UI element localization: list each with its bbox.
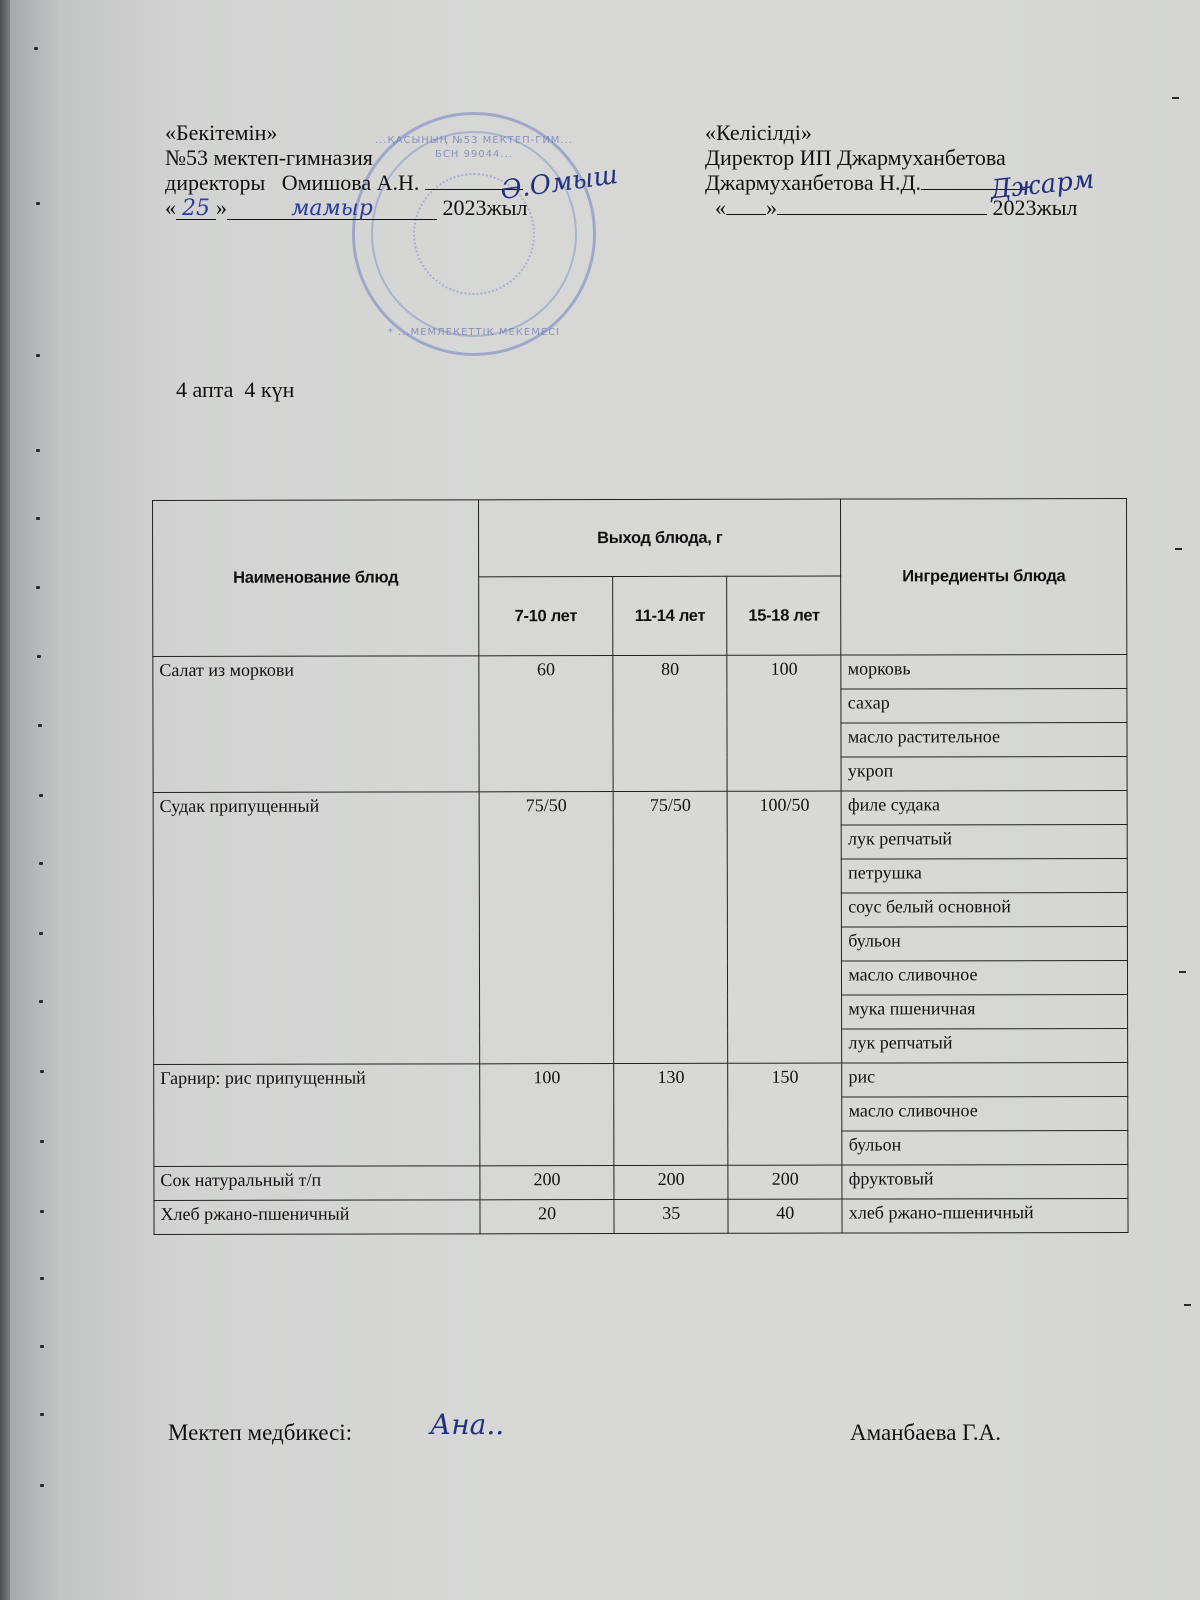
yield-cell: 150 (728, 1063, 842, 1165)
ingredient-cell: соус белый основной (842, 892, 1128, 927)
margin-dot (39, 794, 43, 797)
yield-cell: 20 (480, 1200, 614, 1234)
ingredient-cell: хлеб ржано-пшеничный (842, 1198, 1128, 1233)
margin-dot (36, 449, 40, 452)
yield-cell: 60 (479, 656, 614, 792)
margin-dot (39, 932, 43, 935)
margin-dot (40, 1413, 44, 1416)
agreement-person-name: Джармуханбетова Н.Д. (705, 170, 921, 195)
header-age-15-18: 15-18 лет (727, 576, 841, 655)
header-age-11-14: 11-14 лет (613, 576, 727, 655)
margin-dot (40, 1070, 44, 1073)
agreement-date-month (777, 214, 987, 215)
margin-dot (39, 862, 43, 865)
dish-name-cell: Судак припущенный (153, 792, 480, 1065)
margin-mark (1184, 1304, 1191, 1306)
margin-dot (34, 47, 38, 50)
yield-cell: 200 (480, 1166, 614, 1200)
approval-block: «Бекітемін» №53 мектеп-гимназия директор… (165, 120, 527, 220)
margin-dot (36, 586, 40, 589)
margin-mark (1179, 971, 1186, 973)
header-age-7-10: 7-10 лет (479, 577, 613, 656)
ingredient-cell: морковь (841, 654, 1127, 689)
table-row: Сок натуральный т/п200200200фруктовый (154, 1164, 1128, 1200)
nurse-label: Мектеп медбикесі: (168, 1420, 352, 1446)
yield-cell: 80 (613, 655, 727, 791)
ingredient-cell: укроп (841, 756, 1127, 791)
yield-cell: 75/50 (613, 791, 728, 1063)
menu-table: Наименование блюд Выход блюда, г Ингреди… (152, 498, 1129, 1235)
stamp-bottom-text: * ...МЕМЛЕКЕТТІК МЕКЕМЕСІ (355, 327, 593, 338)
table-row: Судак припущенный75/5075/50100/50филе су… (153, 790, 1127, 826)
menu-table-body: Салат из моркови6080100морковьсахармасло… (153, 654, 1128, 1234)
header-dish-name: Наименование блюд (153, 500, 479, 657)
ingredient-cell: мука пшеничная (842, 994, 1128, 1029)
margin-dot (40, 1140, 44, 1143)
margin-dot (36, 202, 40, 205)
week-day-label: 4 апта 4 күн (176, 377, 294, 403)
margin-dot (38, 724, 42, 727)
table-row: Хлеб ржано-пшеничный203540хлеб ржано-пше… (154, 1198, 1128, 1234)
header-yield: Выход блюда, г (479, 499, 841, 577)
nurse-signature: Ана.. (430, 1408, 504, 1441)
margin-dot (40, 1345, 44, 1348)
agreement-block: «Келісілді» Директор ИП Джармуханбетова … (705, 120, 1077, 220)
ingredient-cell: филе судака (841, 790, 1127, 825)
yield-cell: 100 (727, 655, 841, 791)
approval-date-month: мамыр (227, 199, 437, 220)
ingredient-cell: масло растительное (841, 722, 1127, 757)
ingredient-cell: масло сливочное (842, 960, 1128, 995)
approval-director: директоры Омишова А.Н. (165, 170, 527, 195)
margin-dot (36, 354, 40, 357)
yield-cell: 40 (728, 1199, 842, 1233)
page-edge-shadow (0, 0, 10, 1600)
ingredient-cell: масло сливочное (842, 1096, 1128, 1131)
dish-name-cell: Хлеб ржано-пшеничный (154, 1200, 480, 1235)
agreement-date-day (726, 214, 766, 215)
margin-mark (1175, 548, 1182, 550)
ingredient-cell: бульон (842, 1130, 1128, 1165)
yield-cell: 35 (614, 1199, 728, 1233)
margin-mark (1172, 97, 1179, 99)
dish-name-cell: Салат из моркови (153, 656, 479, 793)
table-row: Гарнир: рис припущенный100130150рис (154, 1062, 1128, 1098)
dish-name-cell: Сок натуральный т/п (154, 1166, 480, 1201)
ingredient-cell: сахар (841, 688, 1127, 723)
margin-dot (39, 1000, 43, 1003)
margin-dot (37, 655, 41, 658)
yield-cell: 100/50 (727, 791, 842, 1063)
approval-date: «25»мамыр 2023жыл (165, 195, 527, 220)
header-ingredients: Ингредиенты блюда (841, 498, 1127, 655)
yield-cell: 100 (480, 1064, 614, 1166)
ingredient-cell: лук репчатый (842, 1028, 1128, 1063)
approval-director-name: директоры Омишова А.Н. (165, 170, 419, 195)
nurse-name: Аманбаева Г.А. (850, 1420, 1001, 1446)
margin-dot (40, 1277, 44, 1280)
yield-cell: 200 (614, 1165, 728, 1199)
ingredient-cell: лук репчатый (842, 824, 1128, 859)
agreement-title: «Келісілді» (705, 120, 1077, 145)
approval-school: №53 мектеп-гимназия (165, 145, 527, 170)
yield-cell: 200 (728, 1165, 842, 1199)
table-row: Салат из моркови6080100морковь (153, 654, 1127, 690)
margin-dot (36, 517, 40, 520)
margin-dot (40, 1210, 44, 1213)
approval-date-day: 25 (176, 199, 216, 220)
yield-cell: 75/50 (479, 792, 614, 1064)
yield-cell: 130 (614, 1063, 728, 1165)
ingredient-cell: петрушка (842, 858, 1128, 893)
dish-name-cell: Гарнир: рис припущенный (154, 1064, 480, 1167)
ingredient-cell: фруктовый (842, 1164, 1128, 1199)
ingredient-cell: бульон (842, 926, 1128, 961)
margin-dot (40, 1484, 44, 1487)
approval-title: «Бекітемін» (165, 120, 527, 145)
ingredient-cell: рис (842, 1062, 1128, 1097)
agreement-director: Директор ИП Джармуханбетова (705, 145, 1077, 170)
